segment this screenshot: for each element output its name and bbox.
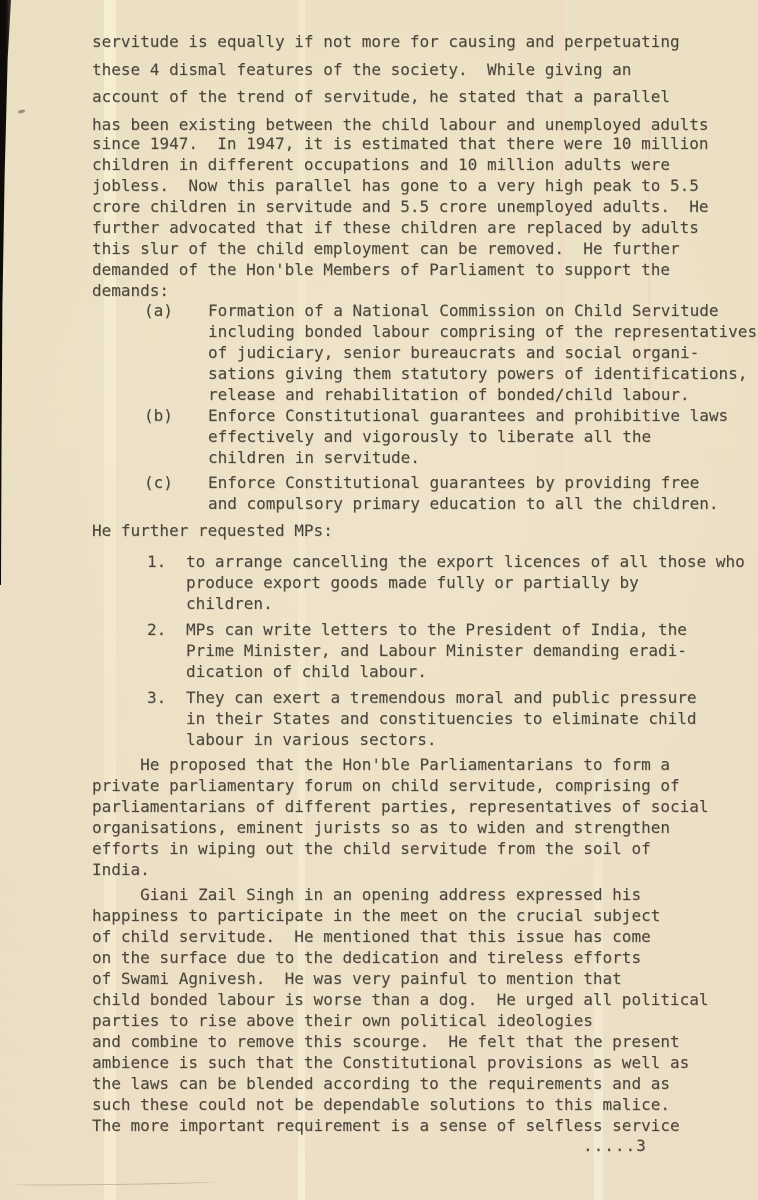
lettered-list-item-a: (a) Formation of a National Commission o… (92, 300, 752, 405)
lettered-list-item-b: (b) Enforce Constitutional guarantees an… (92, 405, 752, 468)
lettered-list-item-c: (c) Enforce Constitutional guarantees by… (92, 472, 752, 514)
list-item-text: Formation of a National Commission on Ch… (208, 300, 757, 405)
scan-edge-shadow (0, 0, 11, 585)
paragraph: He proposed that the Hon'ble Parliamenta… (92, 754, 752, 880)
numbered-list-item-1: 1. to arrange cancelling the export lice… (92, 551, 752, 614)
list-item-text: Enforce Constitutional guarantees by pro… (208, 472, 719, 514)
list-marker: 2. (147, 619, 186, 682)
paragraph: servitude is equally if not more for cau… (92, 28, 752, 138)
paragraph: since 1947. In 1947, it is estimated tha… (92, 133, 752, 301)
list-item-text: Enforce Constitutional guarantees and pr… (208, 405, 728, 468)
list-item-text: They can exert a tremendous moral and pu… (186, 687, 697, 750)
numbered-list-item-2: 2. MPs can write letters to the Presiden… (92, 619, 752, 682)
typewritten-text-body: servitude is equally if not more for cau… (92, 28, 752, 1136)
document-page: servitude is equally if not more for cau… (0, 0, 758, 1200)
list-item-text: MPs can write letters to the President o… (186, 619, 687, 682)
list-marker: 1. (147, 551, 186, 614)
mps-request-intro: He further requested MPs: (92, 520, 752, 541)
list-marker: (c) (144, 472, 208, 514)
paper-speck (18, 109, 25, 113)
paragraph: Giani Zail Singh in an opening address e… (92, 884, 752, 1136)
list-marker: (b) (144, 405, 208, 468)
page-number: .....3 (583, 1136, 647, 1155)
list-item-text: to arrange cancelling the export licence… (186, 551, 745, 614)
numbered-list-item-3: 3. They can exert a tremendous moral and… (92, 687, 752, 750)
paper-scratch (16, 1180, 216, 1186)
list-marker: 3. (147, 687, 186, 750)
list-marker: (a) (144, 300, 208, 405)
